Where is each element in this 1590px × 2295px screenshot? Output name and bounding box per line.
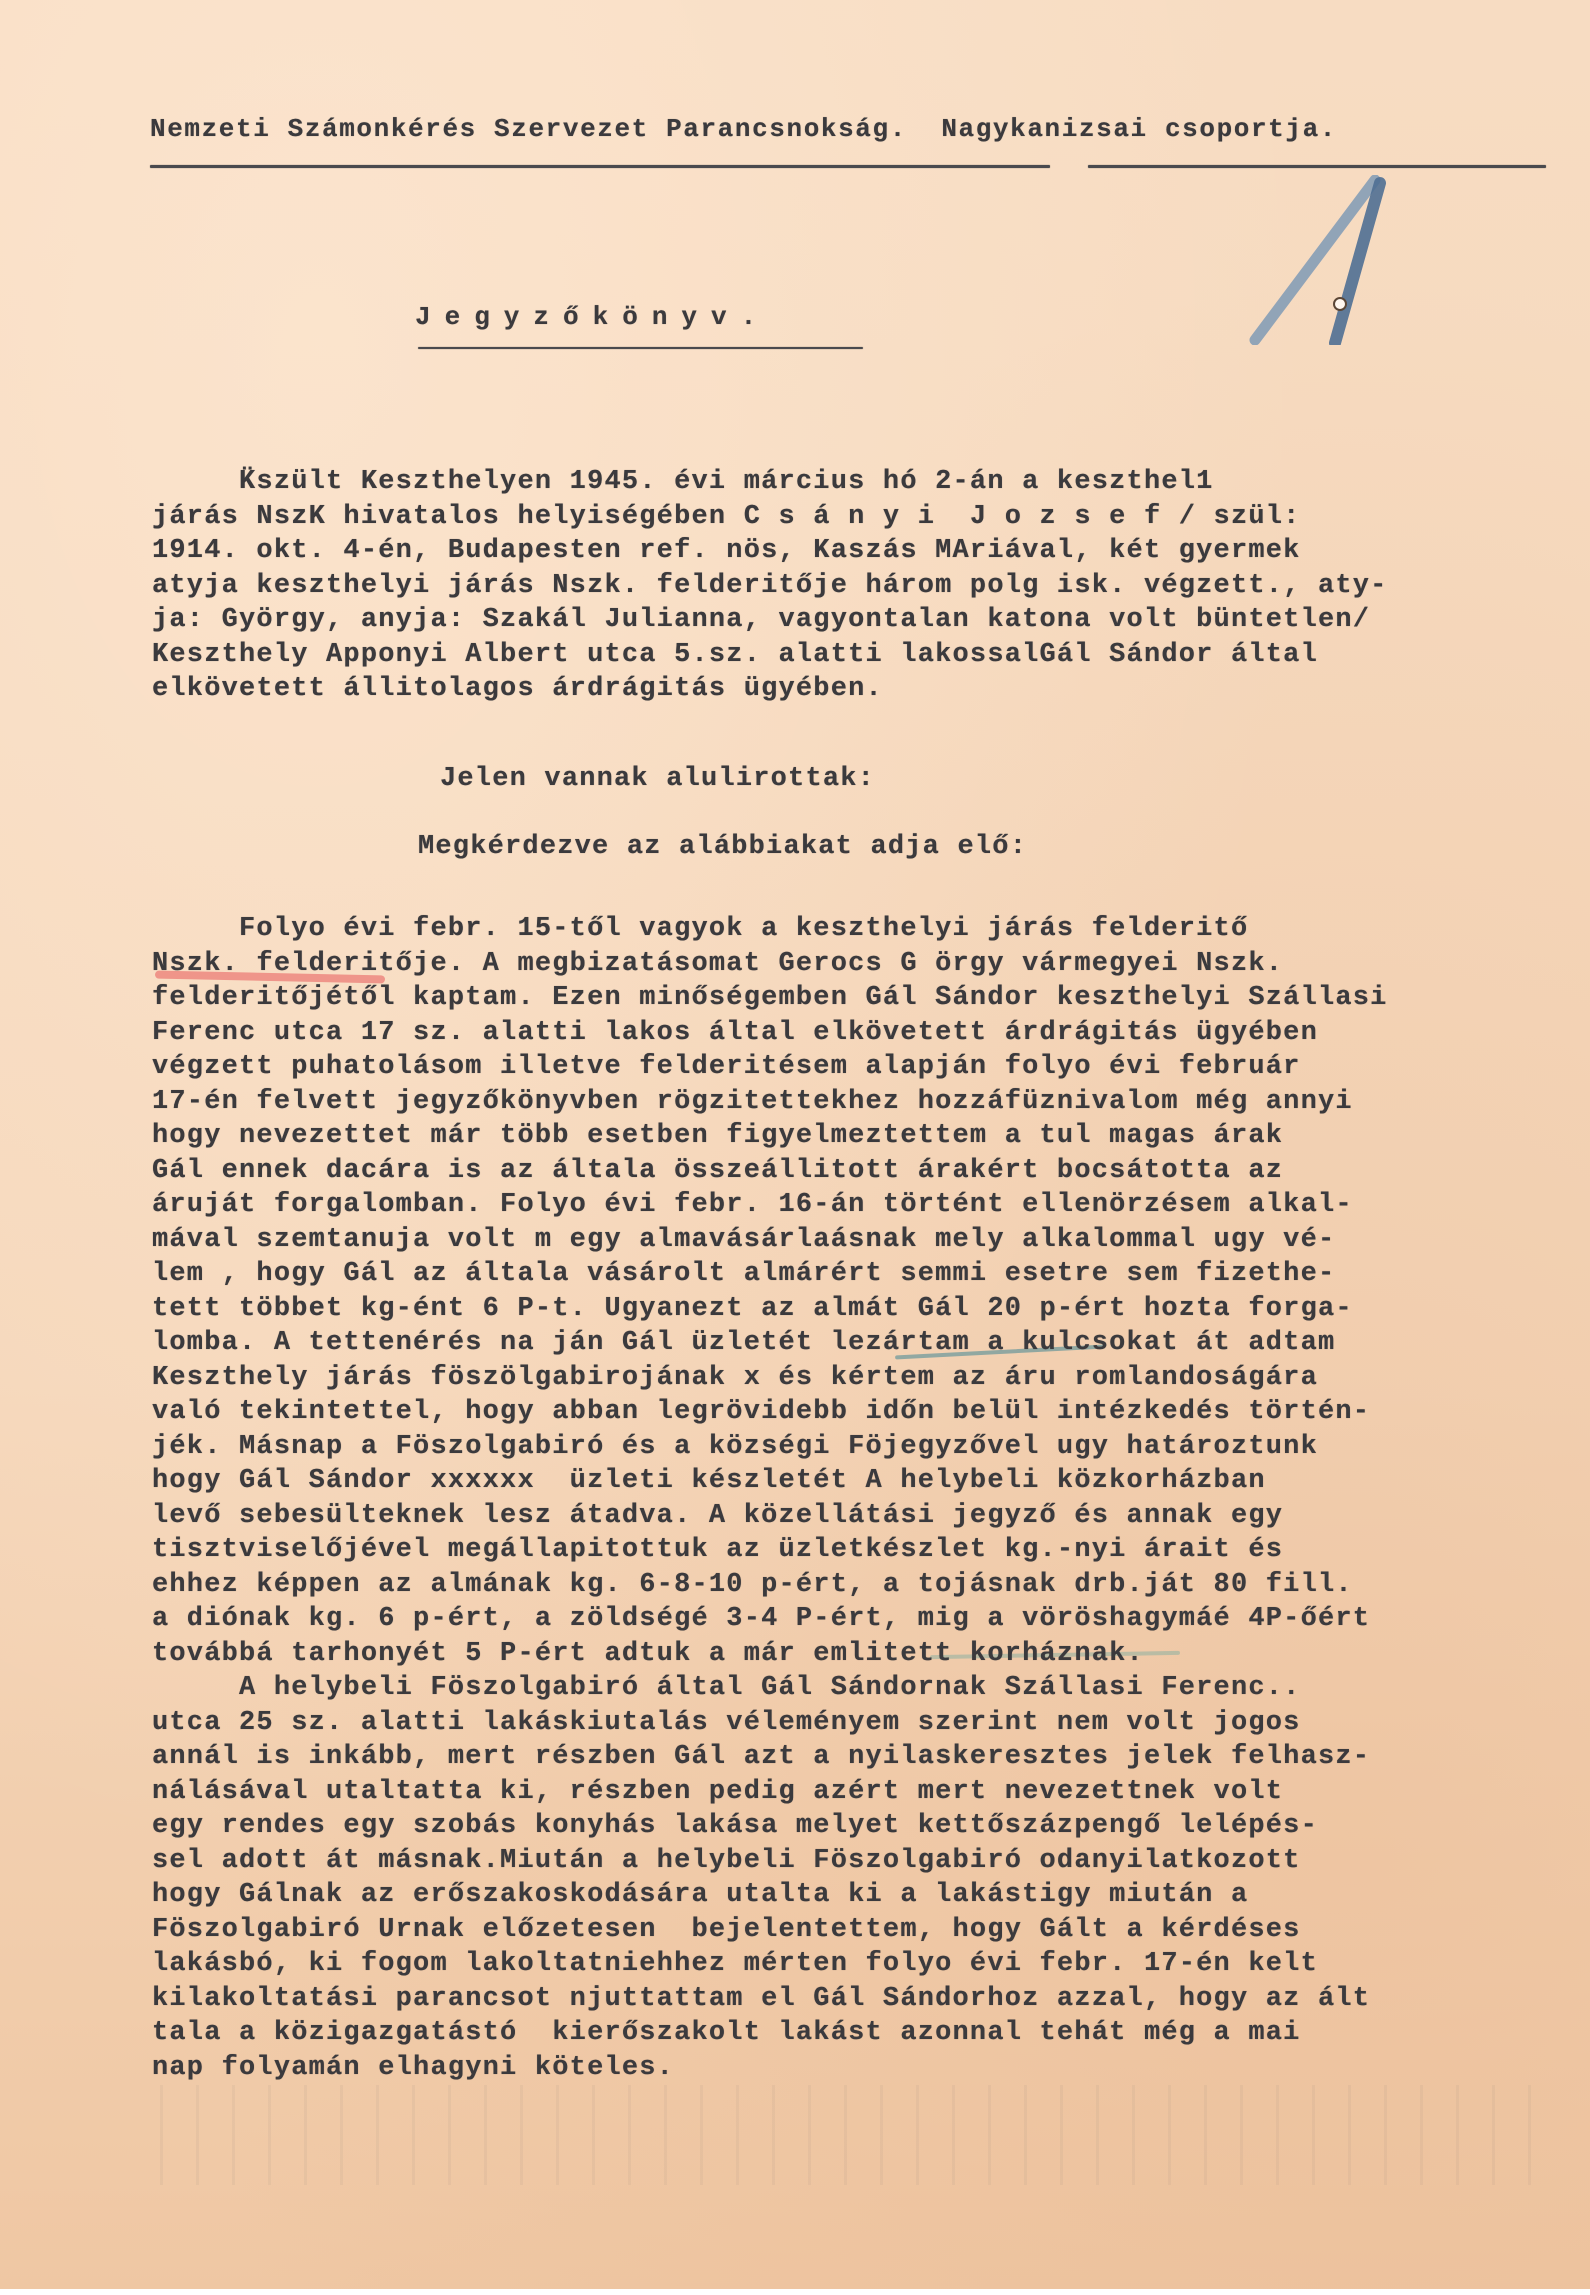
title-underline	[418, 347, 863, 349]
present-label: Jelen vannak alulirottak:	[440, 762, 875, 797]
body-line: kilakoltatási parancsot njuttattam el Gá…	[152, 1982, 1388, 2017]
body-line: a diónak kg. 6 p-ért, a zöldségé 3-4 P-é…	[152, 1602, 1388, 1637]
body-line: ehhez képpen az almának kg. 6-8-10 p-ért…	[152, 1568, 1388, 1603]
bleed-through-text	[160, 2085, 1540, 2185]
body-line: A helybeli Föszolgabiró által Gál Sándor…	[152, 1671, 1388, 1706]
body-line: egy rendes egy szobás konyhás lakása mel…	[152, 1809, 1388, 1844]
intro-line: ja: György, anyja: Szakál Julianna, vagy…	[152, 603, 1388, 638]
intro-line: járás NszK hivatalos helyiségében C s á …	[152, 500, 1388, 535]
body-line: levő sebesülteknek lesz átadva. A közell…	[152, 1499, 1388, 1534]
intro-line: Keszthely Apponyi Albert utca 5.sz. alat…	[152, 638, 1388, 673]
body-line: Gál ennek dacára is az általa összeállit…	[152, 1154, 1388, 1189]
body-line: nálásával utaltatta ki, részben pedig az…	[152, 1775, 1388, 1810]
body-line: Ferenc utca 17 sz. alatti lakos által el…	[152, 1016, 1388, 1051]
body-line: lakásbó, ki fogom lakoltatniehhez mérten…	[152, 1947, 1388, 1982]
body-line: áruját forgalomban. Folyo évi febr. 16-á…	[152, 1188, 1388, 1223]
intro-paragraph: K̈szült Keszthelyen 1945. évi március hó…	[152, 465, 1388, 707]
body-line: Keszthely járás föszölgabirojának x és k…	[152, 1361, 1388, 1396]
body-line: annál is inkább, mert részben Gál azt a …	[152, 1740, 1388, 1775]
body-line: Föszolgabiró Urnak előzetesen bejelentet…	[152, 1913, 1388, 1948]
header-underline-right	[1088, 165, 1546, 168]
asked-label: Megkérdezve az alábbiakat adja elő:	[418, 830, 1027, 865]
body-line: 17-én felvett jegyzőkönyvben rögzitettek…	[152, 1085, 1388, 1120]
body-line: jék. Másnap a Föszolgabiró és a községi …	[152, 1430, 1388, 1465]
document-header: Nemzeti Számonkérés Szervezet Parancsnok…	[150, 112, 1337, 147]
handwritten-page-number-icon	[1240, 175, 1420, 345]
header-organization: Nemzeti Számonkérés Szervezet Parancsnok…	[150, 114, 907, 144]
body-line: tala a közigazgatástó kierőszakolt lakás…	[152, 2016, 1388, 2051]
intro-line: atyja keszthelyi járás Nszk. felderitője…	[152, 569, 1388, 604]
document-page: Nemzeti Számonkérés Szervezet Parancsnok…	[0, 0, 1590, 2295]
document-title: Jegyzőkönyv.	[415, 300, 770, 335]
body-line: hogy Gál Sándor xxxxxx üzleti készletét …	[152, 1464, 1388, 1499]
body-line: Nszk. felderitője. A megbizatásomat Gero…	[152, 947, 1388, 982]
intro-line: K̈szült Keszthelyen 1945. évi március hó…	[152, 465, 1388, 500]
body-line: sel adott át másnak.Miután a helybeli Fö…	[152, 1844, 1388, 1879]
intro-line: 1914. okt. 4-én, Budapesten ref. nös, Ka…	[152, 534, 1388, 569]
body-line: felderitőjétől kaptam. Ezen minőségemben…	[152, 981, 1388, 1016]
body-line: mával szemtanuja volt m egy almavásárlaá…	[152, 1223, 1388, 1258]
body-line: tett többet kg-ént 6 P-t. Ugyanezt az al…	[152, 1292, 1388, 1327]
body-line: nap folyamán elhagyni köteles.	[152, 2051, 1388, 2086]
header-group: Nagykanizsai csoportja.	[941, 114, 1337, 144]
body-line: hogy Gálnak az erőszakoskodására utalta …	[152, 1878, 1388, 1913]
testimony-body: Folyo évi febr. 15-től vagyok a keszthel…	[152, 912, 1388, 2085]
body-line: továbbá tarhonyét 5 P-ért adtuk a már em…	[152, 1637, 1388, 1672]
body-line: hogy nevezettet már több esetben figyelm…	[152, 1119, 1388, 1154]
header-underline-left	[150, 165, 1050, 168]
body-line: való tekintettel, hogy abban legrövidebb…	[152, 1395, 1388, 1430]
body-line: lomba. A tettenérés na ján Gál üzletét l…	[152, 1326, 1388, 1361]
body-line: lem , hogy Gál az általa vásárolt almáré…	[152, 1257, 1388, 1292]
body-line: végzett puhatolásom illetve felderitésem…	[152, 1050, 1388, 1085]
body-line: Folyo évi febr. 15-től vagyok a keszthel…	[152, 912, 1388, 947]
intro-line: elkövetett állitolagos árdrágitás ügyébe…	[152, 672, 1388, 707]
page-edge	[0, 2289, 1590, 2295]
body-line: tisztviselőjével megállapitottuk az üzle…	[152, 1533, 1388, 1568]
body-line: utca 25 sz. alatti lakáskiutalás vélemén…	[152, 1706, 1388, 1741]
punch-hole	[1333, 297, 1347, 311]
